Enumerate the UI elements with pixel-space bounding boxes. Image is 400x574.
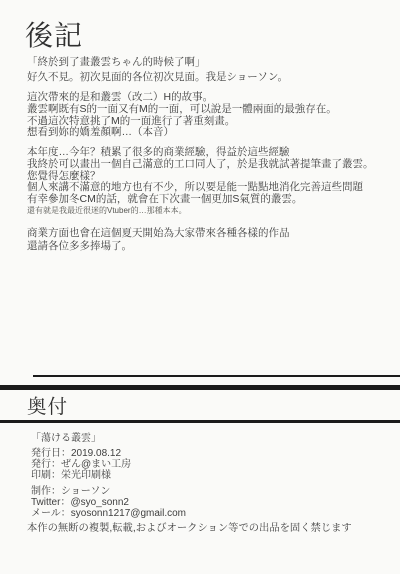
text-line: 好久不見。初次見面的各位初次見面。我是ショーソン。 xyxy=(27,70,392,85)
text-line: 「終於到了畫叢雲ちゃん的時候了啊」 xyxy=(27,55,392,70)
colophon-thin-top-rule xyxy=(33,375,400,377)
creator-credits: 制作：ショーソン Twitter：@syo_sonn2 メール：syosonn1… xyxy=(31,487,186,519)
twitter-handle: Twitter：@syo_sonn2 xyxy=(31,498,186,509)
afterword-title: 後記 xyxy=(25,14,83,54)
colophon-title: 奥付 xyxy=(27,391,68,419)
colophon-bottom-rule xyxy=(0,420,400,423)
email-address: メール：syosonn1217@gmail.com xyxy=(31,509,186,520)
printer: 印刷：栄光印刷様 xyxy=(31,471,131,482)
text-line: 商業方面也會在這個夏天開始為大家帶來各種各樣的作品 xyxy=(27,227,392,240)
vtuber-side-note: 還有就是我最近很迷的Vtuber的…那種本本。 xyxy=(27,205,187,216)
publication-info: 発行日：2019.08.12 発行：ぜん@まい工房 印刷：栄光印刷様 xyxy=(31,449,131,481)
afterword-paragraph-3: 本年度…今年？積累了很多的商業經驗，得益於這些經驗 我終於可以畫出一個自己滿意的… xyxy=(27,147,392,206)
afterword-page: 後記 「終於到了畫叢雲ちゃん的時候了啊」 好久不見。初次見面的各位初次見面。我是… xyxy=(0,0,400,574)
text-line: 叢雲啊既有S的一面又有M的一面，可以說是一體兩面的最強存在。 xyxy=(27,104,392,116)
text-line: 我終於可以畫出一個自己滿意的工口同人了，於是我就試著提筆畫了叢雲。 xyxy=(27,159,392,171)
afterword-paragraph-2: 這次帶來的是和叢雲（改二）H的故事。 叢雲啊既有S的一面又有M的一面，可以說是一… xyxy=(27,92,392,139)
copyright-disclaimer: 本作の無断の複製,転載,およびオークション等での出品を固く禁じます xyxy=(27,519,352,534)
book-title: 「蕩ける叢雲」 xyxy=(31,429,101,444)
publisher: 発行：ぜん@まい工房 xyxy=(31,460,131,471)
afterword-paragraph-4: 商業方面也會在這個夏天開始為大家帶來各種各樣的作品 還請各位多多捧場了。 xyxy=(27,227,392,252)
afterword-paragraph-1: 「終於到了畫叢雲ちゃん的時候了啊」 好久不見。初次見面的各位初次見面。我是ショー… xyxy=(27,55,392,84)
text-line: 還請各位多多捧場了。 xyxy=(27,240,392,253)
colophon-thick-top-rule xyxy=(0,385,400,390)
text-line: 想看到妳的嬌羞顏啊…（本音） xyxy=(27,127,392,139)
